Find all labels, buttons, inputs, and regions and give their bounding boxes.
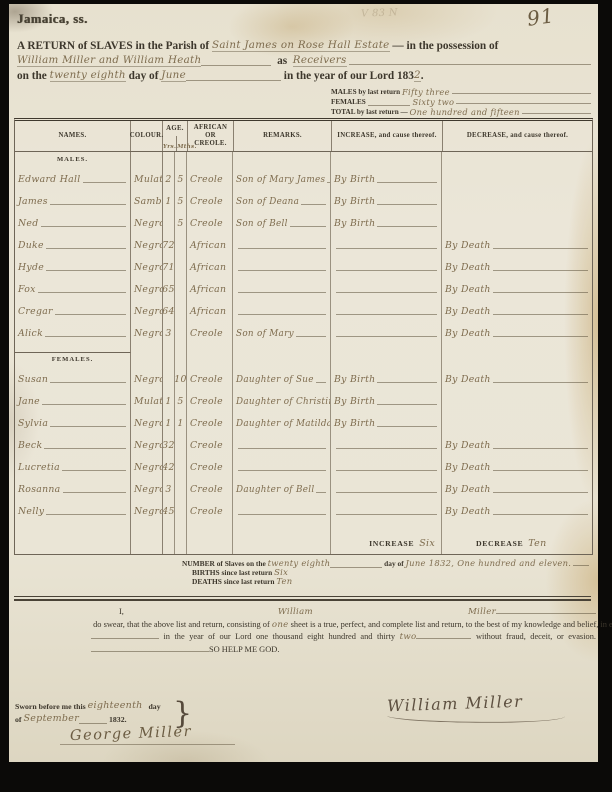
increase-cell [331,454,442,476]
dash-line [493,492,588,493]
age-years-cell [163,366,175,388]
name-cell: James [15,188,131,210]
table-body: MALES.Edward HallMulatto25CreoleSon of M… [15,152,592,520]
table-cell [233,342,331,352]
table-cell [175,342,187,352]
remarks-cell: Son of Mary [233,320,331,342]
decrease-cell [442,166,592,188]
origin-cell: Creole [187,210,233,232]
increase-cell: By Birth [331,388,442,410]
origin-cell: African [187,298,233,320]
section-label: FEMALES. [15,352,131,366]
remarks-cell [233,276,331,298]
section-row: MALES. [15,152,592,166]
handwritten-entry: African [190,240,226,251]
dash-line [83,182,127,183]
dash-line [336,248,437,249]
decrease-cell: By Death [442,498,592,520]
colour-cell: Mulatto [131,166,163,188]
handwritten-entry: Negro [134,284,163,295]
handwritten-entry: 1 [165,418,171,429]
handwritten-entry: Jane [18,396,40,407]
section-spacer-row [15,342,592,352]
increase-cell [331,320,442,342]
name-cell: Susan [15,366,131,388]
register-row: BeckNegro32CreoleBy Death [15,432,592,454]
handwritten-entry: 1 [165,196,171,207]
remarks-cell [233,432,331,454]
handwritten-entry: 72 [163,240,175,251]
age-years-cell: 72 [163,232,175,254]
males-by-last-return: MALES by last return Fifty three [331,86,593,96]
dash-line [316,492,326,493]
handwritten-entry: Creole [190,506,223,517]
table-cell [233,152,331,166]
name-cell: Cregar [15,298,131,320]
handwritten-entry: James [18,196,48,207]
handwritten-entry: Negro [134,218,163,229]
age-years-cell: 42 [163,454,175,476]
handwritten-entry: Negro [134,262,163,273]
printed-text: as [271,55,292,67]
increase-cell [331,232,442,254]
handwritten-entry: Daughter of Sue [236,375,314,385]
folio-number: 91 [525,3,556,31]
printed-text: DEATHS since last return [192,577,276,586]
handwritten-entry: Son of Deana [236,197,299,207]
dash-line [377,204,437,205]
table-cell [163,352,175,366]
col-header-origin: AFRICAN OR CREOLE. [188,121,234,151]
dash-line [377,182,437,183]
dash-line [377,426,437,427]
blank-line [186,72,281,81]
handwritten-entry: By Death [445,284,491,295]
colour-cell: Negro [131,476,163,498]
females-by-last-return: FEMALES Sixty two [331,96,593,106]
dash-line [238,514,326,515]
handwritten-entry: By Death [445,484,491,495]
age-months-cell [175,498,187,520]
dash-line [493,292,588,293]
summary-block: NUMBER of Slaves on the twenty eighth da… [14,558,591,586]
handwritten-entry: Duke [18,240,44,251]
handwritten-text: Ten [276,576,292,586]
blank-line [368,97,410,106]
age-years-cell: 45 [163,498,175,520]
handwritten-entry: Nelly [18,506,44,517]
colour-cell: Sambo [131,188,163,210]
printed-text: in the year of our Lord one thousand eig… [159,632,400,641]
photo-background: { "colors": { "photo_background": "#0b0a… [0,0,612,792]
table-cell [187,152,233,166]
handwritten-entry: Rosanna [18,484,61,495]
dash-line [46,514,126,515]
dash-line [46,248,126,249]
col-header-names: NAMES. [15,121,131,151]
printed-text: SO HELP ME GOD. [209,645,279,654]
increase-total-value: Six [419,538,435,549]
age-years-cell: 64 [163,298,175,320]
printed-text: I, [119,607,278,616]
decrease-cell: By Death [442,476,592,498]
colour-cell: Negro [131,498,163,520]
origin-cell: Creole [187,388,233,410]
handwritten-entry: Hyde [18,262,44,273]
dash-line [38,292,126,293]
register-row: JaneMulatto15CreoleDaughter of Christina… [15,388,592,410]
dash-line [238,270,326,271]
origin-cell: Creole [187,476,233,498]
handwritten-entry: Beck [18,440,42,451]
colour-cell: Negro [131,410,163,432]
handwritten-entry: 65 [163,284,175,295]
printed-text: day of [382,559,405,568]
age-years-cell [163,210,175,232]
handwritten-text: Receivers [293,54,347,67]
age-months-cell [175,254,187,276]
age-years-cell: 3 [163,320,175,342]
rule-filler [456,103,591,104]
handwritten-entry: African [190,284,226,295]
decrease-cell: By Death [442,254,592,276]
handwritten-entry: Mulatto [134,396,163,407]
printed-text: without fraud, deceit, or evasion. [471,632,596,641]
handwritten-entry: Daughter of Bell [236,485,314,495]
colour-cell: Negro [131,276,163,298]
deaths-line: DEATHS since last return Ten [14,577,591,586]
register-row: DukeNegro72AfricanBy Death [15,232,592,254]
decrease-total-cell: DECREASE Ten [442,534,592,554]
table-cell [163,152,175,166]
printed-text: TOTAL by last return — [331,108,409,116]
handwritten-entry: By Birth [334,396,375,407]
remarks-cell [233,498,331,520]
handwritten-entry: Negro [134,374,163,385]
handwritten-text: William Miller [278,607,496,617]
handwritten-entry: Negro [134,440,163,451]
handwritten-entry: By Death [445,240,491,251]
decrease-cell: By Death [442,320,592,342]
last-return-stats: MALES by last return Fifty three FEMALES… [331,86,593,116]
register-row: Edward HallMulatto25CreoleSon of Mary Ja… [15,166,592,188]
age-header-label: AGE. [166,121,184,133]
handwritten-text: September [23,713,79,724]
jurisdiction-label: Jamaica, ss. [17,12,88,27]
increase-total-label: INCREASE [369,539,414,548]
handwritten-text: one [272,620,289,630]
handwritten-text: William Miller and William Heath [17,54,201,67]
table-cell [15,342,131,352]
age-months-cell: 5 [175,166,187,188]
decrease-cell [442,188,592,210]
printed-text: — in the possession of [390,40,499,52]
origin-cell: African [187,232,233,254]
handwritten-entry: Negro [134,418,163,429]
handwritten-entry: 1 [177,418,183,429]
handwritten-entry: 42 [163,462,175,473]
dash-line [493,314,588,315]
blank-line [416,631,471,639]
register-row: NedNegro5CreoleSon of BellBy Birth [15,210,592,232]
origin-cell: Creole [187,454,233,476]
dash-line [493,448,588,449]
printed-text: A RETURN of SLAVES in the Parish of [17,40,212,52]
handwritten-entry: 3 [165,484,171,495]
handwritten-entry: Negro [134,240,163,251]
increase-cell [331,276,442,298]
decrease-cell: By Death [442,454,592,476]
handwritten-text: 2 [414,69,421,82]
name-cell: Fox [15,276,131,298]
handwritten-entry: 32 [163,440,175,451]
dash-line [493,248,588,249]
table-cell [131,152,163,166]
handwritten-entry: 2 [165,174,171,185]
origin-cell: Creole [187,188,233,210]
handwritten-entry: Creole [190,440,223,451]
section-label: MALES. [15,152,131,166]
handwritten-entry: Alick [18,328,43,339]
name-cell: Nelly [15,498,131,520]
colour-cell: Negro [131,366,163,388]
col-header-increase: INCREASE, and cause thereof. [332,121,443,151]
section-row: FEMALES. [15,352,592,366]
age-years-cell: 65 [163,276,175,298]
dash-line [45,336,126,337]
title-line-parish: A RETURN of SLAVES in the Parish of Sain… [17,36,593,52]
origin-cell: Creole [187,410,233,432]
handwritten-entry: Creole [190,418,223,429]
increase-cell [331,432,442,454]
origin-cell: Creole [187,166,233,188]
handwritten-text: Sixty two [410,98,455,106]
blank-line [496,606,596,614]
births-line: BIRTHS since last return Six [14,568,591,577]
age-subheaders: Yrs. Mths. [163,135,187,151]
increase-cell: By Birth [331,166,442,188]
handwritten-entry: Creole [190,328,223,339]
printed-text: MALES by last return [331,88,402,96]
handwritten-entry: By Death [445,374,491,385]
register-row: FoxNegro65AfricanBy Death [15,276,592,298]
handwritten-entry: Lucretia [18,462,60,473]
remarks-cell: Son of Deana [233,188,331,210]
dash-line [50,426,126,427]
increase-cell [331,498,442,520]
handwritten-entry: Negro [134,328,163,339]
rule-filler [349,64,591,65]
handwritten-entry: Son of Mary [236,329,294,339]
handwritten-entry: Son of Mary James [236,175,325,185]
printed-text: of [15,715,23,724]
register-row: LucretiaNegro42CreoleBy Death [15,454,592,476]
printed-text: day of [126,70,161,82]
blank-line [79,715,107,724]
increase-cell [331,254,442,276]
increase-cell: By Birth [331,410,442,432]
handwritten-entry: Mulatto [134,174,163,185]
dash-line [336,470,437,471]
decrease-cell: By Death [442,366,592,388]
decrease-cell: By Death [442,432,592,454]
rule-filler [522,113,591,114]
handwritten-entry: 71 [163,262,175,273]
blank-line [91,631,159,639]
origin-cell: Creole [187,498,233,520]
colour-cell: Negro [131,232,163,254]
age-months-cell [175,276,187,298]
handwritten-entry: Creole [190,484,223,495]
dash-line [301,204,326,205]
table-cell [233,352,331,366]
remarks-cell: Daughter of Sue [233,366,331,388]
handwritten-entry: Negro [134,306,163,317]
handwritten-entry: 10 [175,374,187,385]
name-cell: Alick [15,320,131,342]
dash-line [238,248,326,249]
handwritten-entry: Ned [18,218,39,229]
name-cell: Ned [15,210,131,232]
increase-cell [331,298,442,320]
register-row: JamesSambo15CreoleSon of DeanaBy Birth [15,188,592,210]
dash-line [493,336,588,337]
dash-line [238,292,326,293]
dash-line [377,404,437,405]
document-sheet: Jamaica, ss. V 83 N 91 A RETURN of SLAVE… [9,4,598,762]
dash-line [336,336,437,337]
table-cell [331,352,442,366]
blank-line [91,644,209,652]
handwritten-entry: By Birth [334,218,375,229]
heavy-divider-rule [14,596,591,601]
dash-line [63,492,126,493]
colour-cell: Negro [131,320,163,342]
handwritten-entry: Sylvia [18,418,48,429]
age-months-cell: 1 [175,410,187,432]
dash-line [41,226,127,227]
slave-register-table: NAMES. COLOUR. AGE. Yrs. Mths. AFRICAN O… [14,118,593,555]
table-cell [331,152,442,166]
handwritten-entry: By Death [445,462,491,473]
dash-line [238,470,326,471]
col-header-age: AGE. Yrs. Mths. [163,121,188,151]
handwritten-text: Saint James on Rose Hall Estate [212,39,390,52]
age-years-cell: 32 [163,432,175,454]
register-row: CregarNegro64AfricanBy Death [15,298,592,320]
handwritten-entry: Creole [190,196,223,207]
printed-text: NUMBER of Slaves on the [182,559,268,568]
handwritten-entry: 3 [165,328,171,339]
handwritten-entry: By Birth [334,196,375,207]
dash-line [42,404,126,405]
dash-line [296,336,326,337]
register-row: SylviaNegro11CreoleDaughter of MatildaBy… [15,410,592,432]
dash-line [238,314,326,315]
handwritten-entry: Sambo [134,196,163,207]
handwritten-text: Fifty three [402,88,450,96]
signature-flourish [387,707,565,726]
handwritten-entry: Edward Hall [18,174,81,185]
name-cell: Rosanna [15,476,131,498]
handwritten-entry: By Birth [334,174,375,185]
handwritten-entry: 64 [163,306,175,317]
handwritten-entry: By Death [445,440,491,451]
return-title: A RETURN of SLAVES in the Parish of Sain… [17,36,593,82]
handwritten-entry: 45 [163,506,175,517]
table-cell [131,342,163,352]
decrease-cell: By Death [442,276,592,298]
attestation-line-2: of September 1832. [15,711,245,724]
blank-line [201,57,271,66]
age-months-cell [175,454,187,476]
decrease-total-value: Ten [528,538,546,549]
handwritten-entry: Daughter of Matilda [236,419,331,429]
handwritten-entry: By Death [445,306,491,317]
decrease-total-label: DECREASE [476,539,523,548]
dash-line [50,382,126,383]
age-years-cell: 2 [163,166,175,188]
blank-line [330,559,382,568]
origin-cell: Creole [187,320,233,342]
increase-cell: By Birth [331,366,442,388]
increase-total-cell: INCREASE Six [331,534,442,554]
remarks-cell: Daughter of Christina [233,388,331,410]
dash-line [377,226,437,227]
handwritten-entry: Son of Bell [236,219,288,229]
colour-cell: Negro [131,254,163,276]
colour-cell: Negro [131,432,163,454]
remarks-cell [233,454,331,476]
number-of-slaves-line: NUMBER of Slaves on the twenty eighth da… [14,558,591,568]
age-months-cell: 5 [175,388,187,410]
table-cell [163,342,175,352]
dash-line [336,292,437,293]
handwritten-entry: By Death [445,506,491,517]
table-cell [442,352,592,366]
dash-line [336,514,437,515]
name-cell: Lucretia [15,454,131,476]
increase-cell: By Birth [331,188,442,210]
attestation-block: Sworn before me this eighteenth day of S… [15,698,245,724]
age-yrs-subheader: Yrs. [163,136,177,151]
remarks-cell [233,254,331,276]
dash-line [50,204,126,205]
rule-filler [452,93,591,94]
name-cell: Duke [15,232,131,254]
deponent-signature: William Miller [387,694,577,723]
printed-text: sheet is a true, perfect, and complete l… [289,620,612,629]
col-header-decrease: DECREASE, and cause thereof. [443,121,592,151]
handwritten-text: June 1832, One hundred and eleven. [406,558,572,568]
handwritten-entry: Fox [18,284,36,295]
handwritten-entry: 1 [165,396,171,407]
table-cell [442,342,592,352]
dash-line [336,448,437,449]
printed-text: in the year of our Lord 183 [281,70,414,82]
colour-cell: Negro [131,210,163,232]
register-row: AlickNegro3CreoleSon of MaryBy Death [15,320,592,342]
dash-line [377,382,437,383]
handwritten-text: two [400,632,417,642]
colour-cell: Negro [131,298,163,320]
dash-line [493,270,588,271]
dash-line [493,470,588,471]
dash-line [290,226,326,227]
name-cell: Beck [15,432,131,454]
dash-line [336,492,437,493]
dash-line [46,270,126,271]
